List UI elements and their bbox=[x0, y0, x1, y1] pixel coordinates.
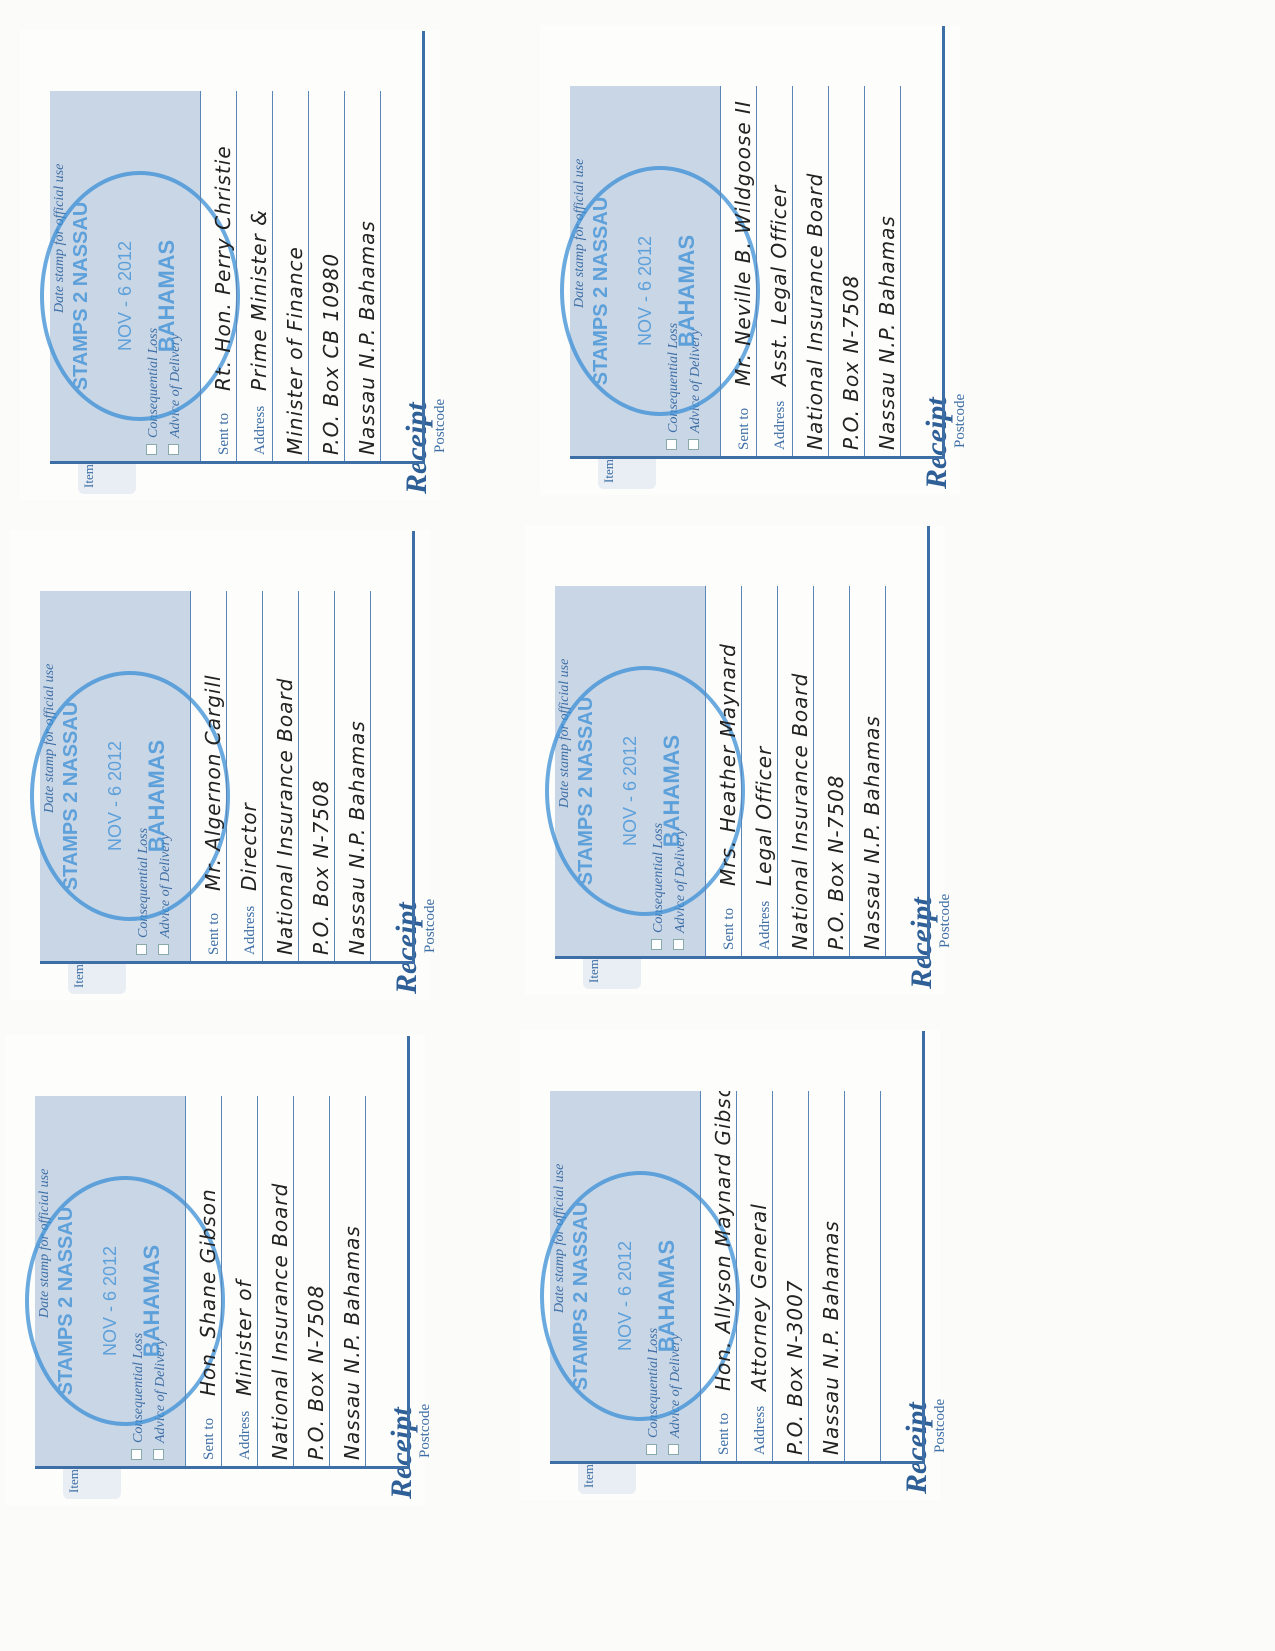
address-row: AddressAttorney General bbox=[736, 1091, 773, 1461]
address-row: AddressDirector bbox=[226, 591, 263, 961]
field-label: Sent to bbox=[721, 908, 738, 950]
address-row: AddressLegal Officer bbox=[741, 586, 778, 956]
stamp-date: NOV - 6 2012 bbox=[100, 1180, 121, 1422]
handwritten-value: Mr. Neville B. Wildgoose II bbox=[731, 100, 755, 386]
field-label: Address bbox=[752, 1406, 769, 1455]
handwritten-value: P.O. Box N-3007 bbox=[783, 1279, 807, 1455]
address-line-row: Nassau N.P. Bahamas bbox=[329, 1096, 366, 1466]
receipt-form: Date stamp for official use Consequentia… bbox=[555, 526, 930, 959]
sent-to-row: Sent toHon. Shane Gibson bbox=[185, 1096, 222, 1466]
address-line-row: P.O. Box N-7508 bbox=[298, 591, 335, 961]
sent-to-row: Sent toMrs. Heather Maynard bbox=[705, 586, 742, 956]
handwritten-value: Hon. Shane Gibson bbox=[196, 1188, 220, 1396]
handwritten-value: Nassau N.P. Bahamas bbox=[860, 715, 884, 950]
date-of-posting-panel bbox=[35, 1036, 407, 1096]
sent-to-row: Sent toMr. Algernon Cargill bbox=[190, 591, 227, 961]
address-line-row: Nassau N.P. Bahamas bbox=[864, 86, 901, 456]
receipt-slip: Receipt Item reference RM 0007 7825 4BS … bbox=[10, 530, 430, 1000]
handwritten-value: Legal Officer bbox=[752, 746, 776, 886]
stamp-office: STAMPS 2 NASSAU bbox=[70, 175, 93, 417]
handwritten-value: Director bbox=[237, 802, 261, 891]
handwritten-value: Nassau N.P. Bahamas bbox=[345, 720, 369, 955]
stamp-office: STAMPS 2 NASSAU bbox=[570, 1175, 593, 1417]
checkbox[interactable] bbox=[666, 439, 677, 450]
address-line-row: National Insurance Board bbox=[792, 86, 829, 456]
handwritten-value: Minister of Finance bbox=[283, 246, 307, 455]
stamp-date: NOV - 6 2012 bbox=[105, 675, 126, 917]
address-row: AddressPrime Minister & bbox=[236, 91, 273, 461]
handwritten-value: National Insurance Board bbox=[273, 678, 297, 955]
checkbox[interactable] bbox=[668, 1444, 679, 1455]
sent-to-row: Sent toRt. Hon. Perry Christie bbox=[200, 91, 237, 461]
handwritten-value: P.O. Box CB 10980 bbox=[319, 253, 343, 455]
stamp-date: NOV - 6 2012 bbox=[635, 170, 656, 412]
receipt-slip: Receipt Item reference RM 0007 7823 7BS … bbox=[20, 30, 440, 500]
receipt-slip: Receipt Item reference RM 0007 7824 6BS … bbox=[525, 525, 945, 995]
blank-row bbox=[365, 1096, 402, 1466]
stamp-office: STAMPS 2 NASSAU bbox=[60, 675, 83, 917]
blank-row bbox=[885, 586, 922, 956]
field-label: Sent to bbox=[736, 408, 753, 450]
handwritten-value: Mrs. Heather Maynard bbox=[716, 643, 740, 886]
blank-row bbox=[900, 86, 937, 456]
address-line-row: Nassau N.P. Bahamas bbox=[849, 586, 886, 956]
stamp-date: NOV - 6 2012 bbox=[115, 175, 136, 417]
stamp-country: BAHAMAS bbox=[144, 675, 170, 917]
checkbox[interactable] bbox=[688, 439, 699, 450]
checkbox[interactable] bbox=[158, 944, 169, 955]
handwritten-value: Nassau N.P. Bahamas bbox=[819, 1220, 843, 1455]
stamp-country: BAHAMAS bbox=[659, 670, 685, 912]
date-of-posting-panel bbox=[40, 531, 412, 591]
receipt-slip: Receipt Item reference RM 0007 7827 1BS … bbox=[5, 1035, 425, 1505]
checkbox[interactable] bbox=[131, 1449, 142, 1460]
handwritten-value: P.O. Box N-7508 bbox=[824, 774, 848, 950]
address-line-row: Nassau N.P. Bahamas bbox=[808, 1091, 845, 1461]
checkbox[interactable] bbox=[146, 444, 157, 455]
handwritten-value: National Insurance Board bbox=[268, 1183, 292, 1460]
date-of-posting-panel bbox=[570, 26, 942, 86]
field-label: Address bbox=[252, 406, 269, 455]
handwritten-value: Prime Minister & bbox=[247, 209, 271, 391]
address-line-row: National Insurance Board bbox=[262, 591, 299, 961]
handwritten-value: Hon. Allyson Maynard Gibson bbox=[711, 1070, 735, 1391]
address-line-row: Minister of Finance bbox=[272, 91, 309, 461]
address-line-row: P.O. Box CB 10980 bbox=[308, 91, 345, 461]
address-line-row: P.O. Box N-7508 bbox=[293, 1096, 330, 1466]
postcode-label: Postcode bbox=[937, 894, 954, 948]
blank-row bbox=[370, 591, 407, 961]
field-label: Address bbox=[772, 401, 789, 450]
address-line-row: P.O. Box N-3007 bbox=[772, 1091, 809, 1461]
handwritten-value: Mr. Algernon Cargill bbox=[201, 674, 225, 891]
blank-row bbox=[844, 1091, 881, 1461]
address-line-row: Nassau N.P. Bahamas bbox=[334, 591, 371, 961]
stamp-country: BAHAMAS bbox=[154, 175, 180, 417]
checkbox[interactable] bbox=[168, 444, 179, 455]
stamp-country: BAHAMAS bbox=[654, 1175, 680, 1417]
checkbox[interactable] bbox=[651, 939, 662, 950]
address-line-row: National Insurance Board bbox=[777, 586, 814, 956]
postcode-label: Postcode bbox=[417, 1404, 434, 1458]
handwritten-value: P.O. Box N-7508 bbox=[839, 274, 863, 450]
checkbox[interactable] bbox=[673, 939, 684, 950]
stamp-date: NOV - 6 2012 bbox=[615, 1175, 636, 1417]
handwritten-value: Nassau N.P. Bahamas bbox=[355, 220, 379, 455]
stamp-office: STAMPS 2 NASSAU bbox=[590, 170, 613, 412]
receipt-slip: Receipt Item reference RM 0007 7828 5BS … bbox=[520, 1030, 940, 1500]
stamp-country: BAHAMAS bbox=[139, 1180, 165, 1422]
address-row: AddressMinister of bbox=[221, 1096, 258, 1466]
receipt-form: Date stamp for official use Consequentia… bbox=[550, 1031, 925, 1464]
blank-row bbox=[380, 91, 417, 461]
handwritten-value: P.O. Box N-7508 bbox=[304, 1284, 328, 1460]
postcode-label: Postcode bbox=[952, 394, 969, 448]
date-of-posting-panel bbox=[50, 31, 422, 91]
receipt-form: Date stamp for official use Consequentia… bbox=[570, 26, 945, 459]
blank-row bbox=[880, 1091, 917, 1461]
date-of-posting-panel bbox=[555, 526, 927, 586]
address-line-row: P.O. Box N-7508 bbox=[813, 586, 850, 956]
address-line-row: Nassau N.P. Bahamas bbox=[344, 91, 381, 461]
receipt-form: Date stamp for official use Consequentia… bbox=[40, 531, 415, 964]
checkbox[interactable] bbox=[136, 944, 147, 955]
stamp-office: STAMPS 2 NASSAU bbox=[575, 670, 598, 912]
receipt-slip: Receipt Item reference RM 0007 7826 8BS … bbox=[540, 25, 960, 495]
handwritten-value: National Insurance Board bbox=[803, 173, 827, 450]
handwritten-value: Minister of bbox=[232, 1280, 256, 1396]
checkbox[interactable] bbox=[646, 1444, 657, 1455]
handwritten-value: Nassau N.P. Bahamas bbox=[875, 215, 899, 450]
address-row: AddressAsst. Legal Officer bbox=[756, 86, 793, 456]
sent-to-row: Sent toHon. Allyson Maynard Gibson bbox=[700, 1091, 737, 1461]
postcode-label: Postcode bbox=[432, 399, 449, 453]
address-line-row: P.O. Box N-7508 bbox=[828, 86, 865, 456]
receipt-form: Date stamp for official use Consequentia… bbox=[35, 1036, 410, 1469]
stamp-date: NOV - 6 2012 bbox=[620, 670, 641, 912]
field-label: Address bbox=[757, 901, 774, 950]
address-line-row: National Insurance Board bbox=[257, 1096, 294, 1466]
field-label: Sent to bbox=[206, 913, 223, 955]
field-label: Address bbox=[237, 1411, 254, 1460]
field-label: Sent to bbox=[216, 413, 233, 455]
handwritten-value: Nassau N.P. Bahamas bbox=[340, 1225, 364, 1460]
checkbox[interactable] bbox=[153, 1449, 164, 1460]
stamp-office: STAMPS 2 NASSAU bbox=[55, 1180, 78, 1422]
handwritten-value: P.O. Box N-7508 bbox=[309, 779, 333, 955]
stamp-country: BAHAMAS bbox=[674, 170, 700, 412]
postcode-label: Postcode bbox=[422, 899, 439, 953]
sent-to-row: Sent toMr. Neville B. Wildgoose II bbox=[720, 86, 757, 456]
date-of-posting-panel bbox=[550, 1031, 922, 1091]
field-label: Sent to bbox=[201, 1418, 218, 1460]
handwritten-value: Attorney General bbox=[747, 1203, 771, 1391]
postcode-label: Postcode bbox=[932, 1399, 949, 1453]
field-label: Sent to bbox=[716, 1413, 733, 1455]
handwritten-value: National Insurance Board bbox=[788, 673, 812, 950]
handwritten-value: Asst. Legal Officer bbox=[767, 185, 791, 386]
handwritten-value: Rt. Hon. Perry Christie bbox=[211, 145, 235, 391]
field-label: Address bbox=[242, 906, 259, 955]
receipt-form: Date stamp for official use Consequentia… bbox=[50, 31, 425, 464]
